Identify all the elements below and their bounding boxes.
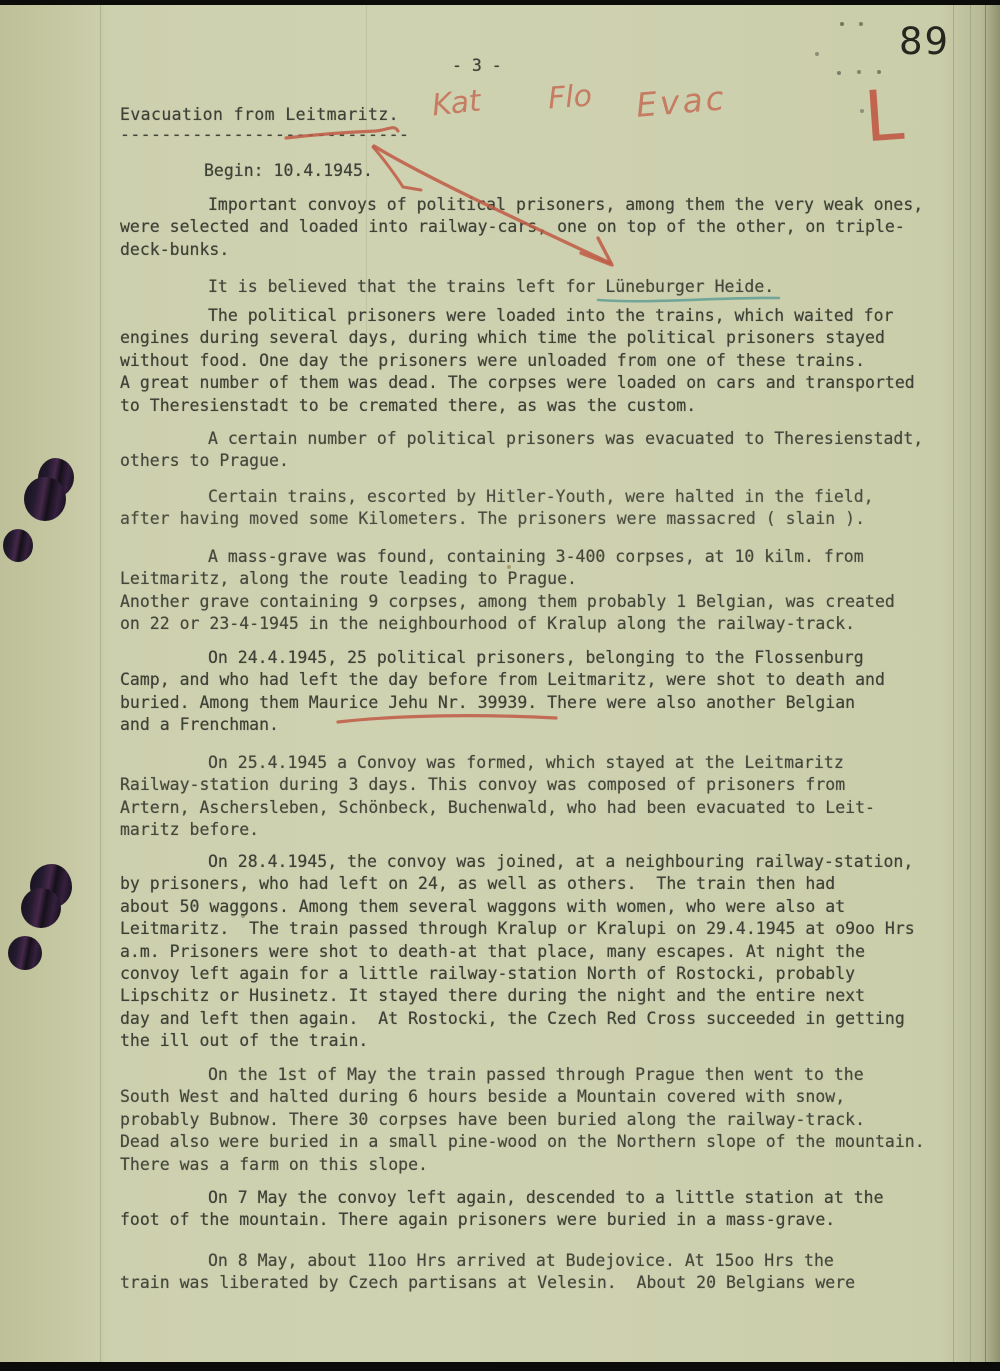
paragraph-7: On 24.4.1945, 25 political prisoners, be… xyxy=(120,647,960,737)
paper-specks xyxy=(0,0,2,2)
folio-number: 89 xyxy=(899,20,950,63)
paper-fold-crease xyxy=(100,5,101,1362)
binding-hole xyxy=(3,529,33,562)
page-stack-edge xyxy=(970,5,971,1362)
handwritten-annotation-word: Flo xyxy=(547,79,593,117)
paragraph-3: The political prisoners were loaded into… xyxy=(120,305,960,417)
handwritten-annotation-word: Kat xyxy=(430,84,482,124)
paragraph-8: On 25.4.1945 a Convoy was formed, which … xyxy=(120,752,960,842)
binding-hole xyxy=(8,936,42,970)
paragraph-12: On 8 May, about 11oo Hrs arrived at Bude… xyxy=(120,1250,960,1295)
binding-hole xyxy=(24,477,66,521)
page-number: - 3 - xyxy=(452,55,502,77)
page-stack-edge xyxy=(985,5,986,1362)
paragraph-6: A mass-grave was found, containing 3-400… xyxy=(120,546,960,636)
paragraph-9: On 28.4.1945, the convoy was joined, at … xyxy=(120,851,960,1053)
scan-edge-bottom xyxy=(0,1362,1000,1371)
paragraph-11: On 7 May the convoy left again, descende… xyxy=(120,1187,960,1232)
begin-date-line: Begin: 10.4.1945. xyxy=(204,160,373,182)
paragraph-4: A certain number of political prisoners … xyxy=(120,428,960,473)
heading-underline-dashes: ---------------------------- xyxy=(120,124,409,146)
binding-hole xyxy=(21,888,61,928)
handwritten-annotation-word: Evac xyxy=(634,78,728,125)
paragraph-2: It is believed that the trains left for … xyxy=(120,276,960,298)
paragraph-5: Certain trains, escorted by Hitler-Youth… xyxy=(120,486,960,531)
paragraph-1: Important convoys of political prisoners… xyxy=(120,194,960,261)
scanned-document-page: { "page": { "folio": "89", "page_number"… xyxy=(0,0,1000,1371)
paragraph-10: On the 1st of May the train passed throu… xyxy=(120,1064,960,1176)
scan-edge-top xyxy=(0,0,1000,5)
